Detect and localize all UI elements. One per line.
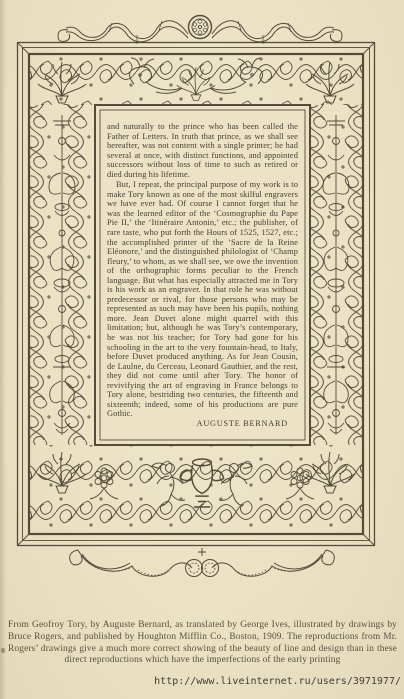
body-paragraph-1: and naturally to the prince who has been… <box>107 122 298 179</box>
author-signature: AUGUSTE BERNARD <box>197 419 288 429</box>
letterpress-text-block: and naturally to the prince who has been… <box>107 122 298 429</box>
crest-medallion <box>189 16 212 39</box>
scanned-book-page: { "page": { "paper_color": "#ebe2c4", "e… <box>0 0 404 699</box>
watermark-url: http://www.liveinternet.ru/users/3971977… <box>154 676 401 687</box>
ornament-band-top <box>30 55 362 105</box>
body-paragraph-2: But, I repeat, the principal purpose of … <box>107 180 298 419</box>
scan-speck <box>1 648 5 653</box>
ornament-band-left <box>30 105 95 445</box>
pendant-swag <box>70 548 335 577</box>
signature-row: AUGUSTE BERNARD <box>107 419 298 429</box>
caption-text: From Geofroy Tory, by Auguste Bernard, a… <box>8 620 397 667</box>
scan-edge-shadow <box>0 0 6 699</box>
crest-scrollwork <box>58 16 342 45</box>
